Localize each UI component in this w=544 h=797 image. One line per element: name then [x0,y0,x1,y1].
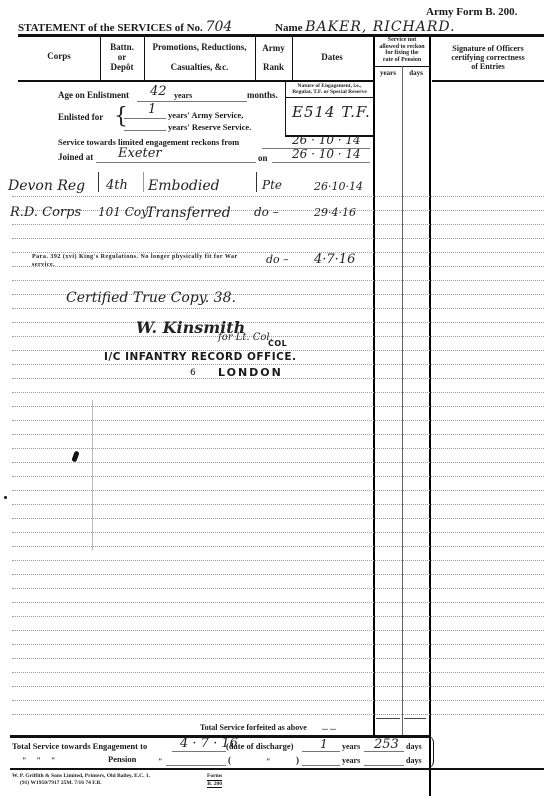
forfeited-days-blank [404,718,426,719]
col-tick [256,172,257,192]
printer-imprint: W. P. Griffith & Sons Limited, Printers,… [12,773,150,786]
entry-3-promotions: Para. 392 (xvi) King's Regulations. No l… [32,253,242,269]
record-office-stamp-line-2: LONDON [218,366,283,379]
total-forfeited-label: Total Service forfeited as above [200,723,307,732]
engagement-years-blank [302,751,340,752]
entry-2-date: 29·4·16 [314,206,356,219]
total-engagement-label: Total Service towards Engagement to [12,741,147,751]
form-code: Forms B. 200 [207,773,222,788]
total-engagement-days: 253 [374,737,399,752]
entry-1-date: 26·10·14 [314,180,363,193]
pension-paren-close: ) [296,755,299,765]
printer-line-2: (91) W1950/7917 25M. 7/16 74 F.B. [12,780,150,787]
engagement-days-label: days [406,742,422,751]
entry-3-rank: do – [266,253,289,266]
pension-years-label: years [342,756,360,765]
total-forfeited-ditto: ... ... [322,723,336,732]
total-engagement-years: 1 [320,737,328,751]
pension-years-blank [302,765,340,766]
entry-2-promotions: Transferred [146,205,231,221]
entry-2-rank: do – [254,205,279,219]
entry-1-rank: Pte [262,178,282,192]
pension-days-blank [364,765,404,766]
pension-label: Pension [108,754,136,764]
record-office-stamp-line-1: I/C INFANTRY RECORD OFFICE. [104,351,297,363]
forfeited-years-blank [376,718,400,719]
entry-3-date: 4·7·16 [314,252,355,267]
entry-2-corps: R.D. Corps [10,205,81,220]
pension-ditto-2: " [158,757,162,766]
pension-paren-ditto: " [266,757,270,766]
discharge-label: (date of discharge) [226,741,294,751]
signature-suffix: for Lt. Col. [218,332,273,343]
pension-days-label: days [406,756,422,765]
pension-paren-open: ( [228,755,231,765]
entry-1-corps: Devon Reg [8,178,85,194]
forms-line-2: B. 200 [207,781,222,789]
printer-line-1: W. P. Griffith & Sons Limited, Printers,… [12,773,150,780]
ink-dot [4,496,7,499]
col-tick [143,172,144,192]
record-office-stamp-number: 6 [190,368,196,378]
totals-bracket [426,735,434,769]
stamp-col: COL [268,339,287,348]
col-tick [98,172,99,192]
pension-date-blank [166,765,226,766]
col-guide [92,400,93,550]
forms-line-1: Forms [207,773,222,781]
pension-ditto: " " " [22,756,59,765]
entry-2-battn: 101 Coy [98,205,148,219]
entry-1-battn: 4th [106,178,128,193]
totals-bottom-border [10,768,544,770]
ruled-lines [0,0,544,797]
engagement-years-label: years [342,742,360,751]
engagement-date-blank [172,751,226,752]
certified-true-copy: Certified True Copy. 38. [66,290,236,306]
entry-1-promotions: Embodied [148,178,220,194]
